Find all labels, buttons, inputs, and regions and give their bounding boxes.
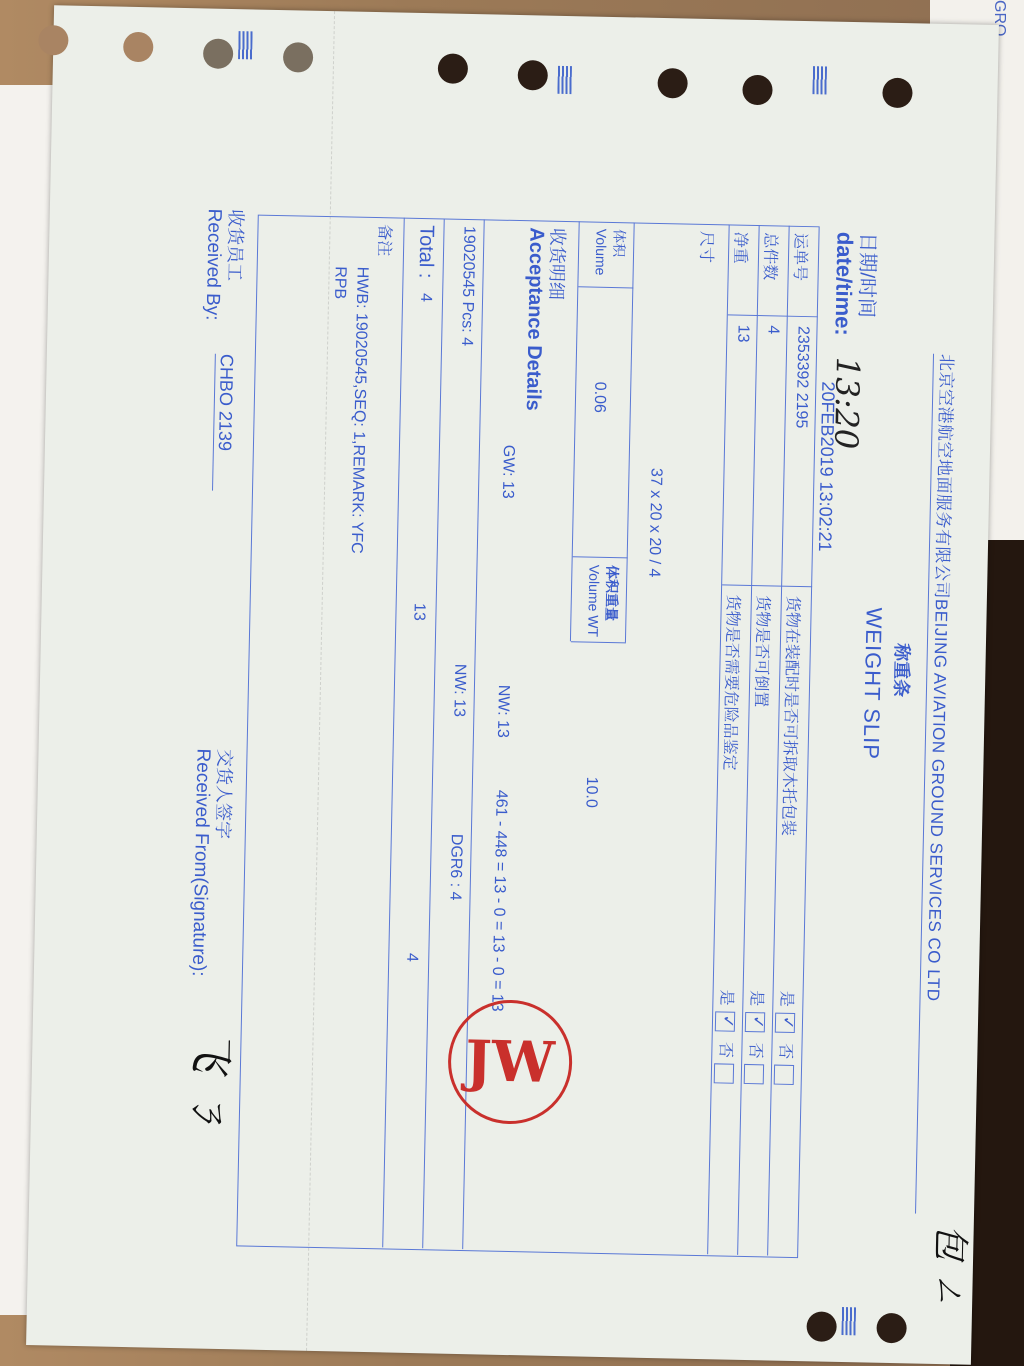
perforation-hole [283, 42, 314, 73]
volume-weight-label-en: Volume WT [585, 565, 603, 638]
yes-checkbox[interactable] [745, 1012, 765, 1032]
received-from-signature: 飞 ㄋ [182, 1028, 248, 1131]
acceptance-gw: GW: 13 [498, 445, 517, 499]
date-label-chinese: 日期/时间 [854, 232, 885, 318]
acceptance-label-cn: 收货明细 [544, 228, 572, 301]
question-invertible: 货物是否可倒置 [751, 595, 776, 707]
hwb-dgr: DGR6 : 4 [445, 834, 464, 901]
yes-label: 是 [717, 989, 734, 1005]
total-pieces-value: 4 [763, 325, 781, 334]
received-by-label-cn: 收货员工 [222, 209, 250, 282]
hwb-net-weight: NW: 13 [449, 664, 468, 717]
printer-marks [812, 66, 827, 94]
received-by-label-en: Received By: [201, 208, 225, 320]
perforation-hole [123, 32, 154, 63]
title-chinese: 称重条 [889, 643, 916, 698]
no-checkbox[interactable] [714, 1064, 734, 1084]
total-pieces: 4 [416, 293, 434, 302]
waybill-label: 运单号 [790, 233, 814, 281]
volume-value: 0.06 [590, 382, 609, 414]
question-dg-inspection: 货物是否需要危险品鉴定 [719, 594, 746, 770]
checkbox-row-3: 是 否 [714, 989, 740, 1090]
dimensions-value: 37 x 20 x 20 / 4 [644, 468, 664, 578]
title-english: WEIGHT SLIP [858, 607, 887, 760]
perforation-hole [742, 75, 773, 106]
total-label: Total : [413, 225, 437, 279]
remarks-line-2: RPB [330, 266, 349, 299]
date-label-english: date/time: [829, 232, 857, 336]
perforation-hole [517, 60, 548, 91]
total-pieces-label: 总件数 [760, 232, 784, 280]
remarks-label: 备注 [374, 224, 398, 256]
company-name: 北京空港航空地面服务有限公司BEIJING AVIATION GROUND SE… [915, 354, 961, 1214]
perforation-hole [438, 53, 469, 84]
no-checkbox[interactable] [744, 1064, 764, 1084]
total-weight: 13 [409, 603, 427, 621]
total-dgr: 4 [402, 953, 420, 962]
net-weight-label: 净重 [730, 231, 754, 263]
no-label: 否 [776, 1043, 793, 1059]
date-value: 20FEB2019 13:02:21 [814, 381, 839, 552]
dimensions-label: 尺寸 [696, 231, 720, 263]
weight-slip-paper: 北京空港航空地面服务有限公司BEIJING AVIATION GROUND SE… [26, 5, 999, 1364]
volume-label-cn: 体积 [609, 229, 630, 257]
volume-label-en: Volume [593, 229, 610, 276]
acceptance-nw: NW: 13 [493, 685, 512, 738]
no-checkbox[interactable] [774, 1065, 794, 1085]
checkbox-row-1: 是 否 [774, 991, 800, 1092]
yes-checkbox[interactable] [715, 1011, 735, 1031]
hwb-pieces: 19020545 Pcs: 4 [457, 226, 478, 346]
printer-marks [557, 66, 572, 94]
perforation-hole [203, 38, 234, 69]
volume-weight-label-cn: 体积重量 [601, 565, 622, 621]
perforation-hole [657, 68, 688, 99]
yes-checkbox[interactable] [775, 1013, 795, 1033]
no-label: 否 [746, 1042, 763, 1058]
volume-weight-value: 10.0 [581, 776, 600, 808]
checkbox-row-2: 是 否 [744, 990, 770, 1091]
weight-slip-form: 北京空港航空地面服务有限公司BEIJING AVIATION GROUND SE… [167, 128, 972, 1324]
printer-marks [238, 31, 253, 59]
waybill-value: 2353392 2195 [791, 326, 811, 429]
no-label: 否 [716, 1042, 733, 1058]
received-by-value: CHBO 2139 [212, 354, 237, 491]
yes-label: 是 [777, 991, 794, 1007]
yes-label: 是 [747, 990, 764, 1006]
corner-signature: 包 ㄥ [926, 1224, 979, 1309]
received-from-label-en: Received From(Signature): [187, 748, 214, 977]
perforation-hole [882, 78, 913, 109]
acceptance-label-en: Acceptance Details [521, 227, 548, 411]
perforation-hole [38, 25, 69, 56]
net-weight-value: 13 [733, 325, 751, 343]
received-from-label-cn: 交货人签字 [211, 749, 239, 840]
